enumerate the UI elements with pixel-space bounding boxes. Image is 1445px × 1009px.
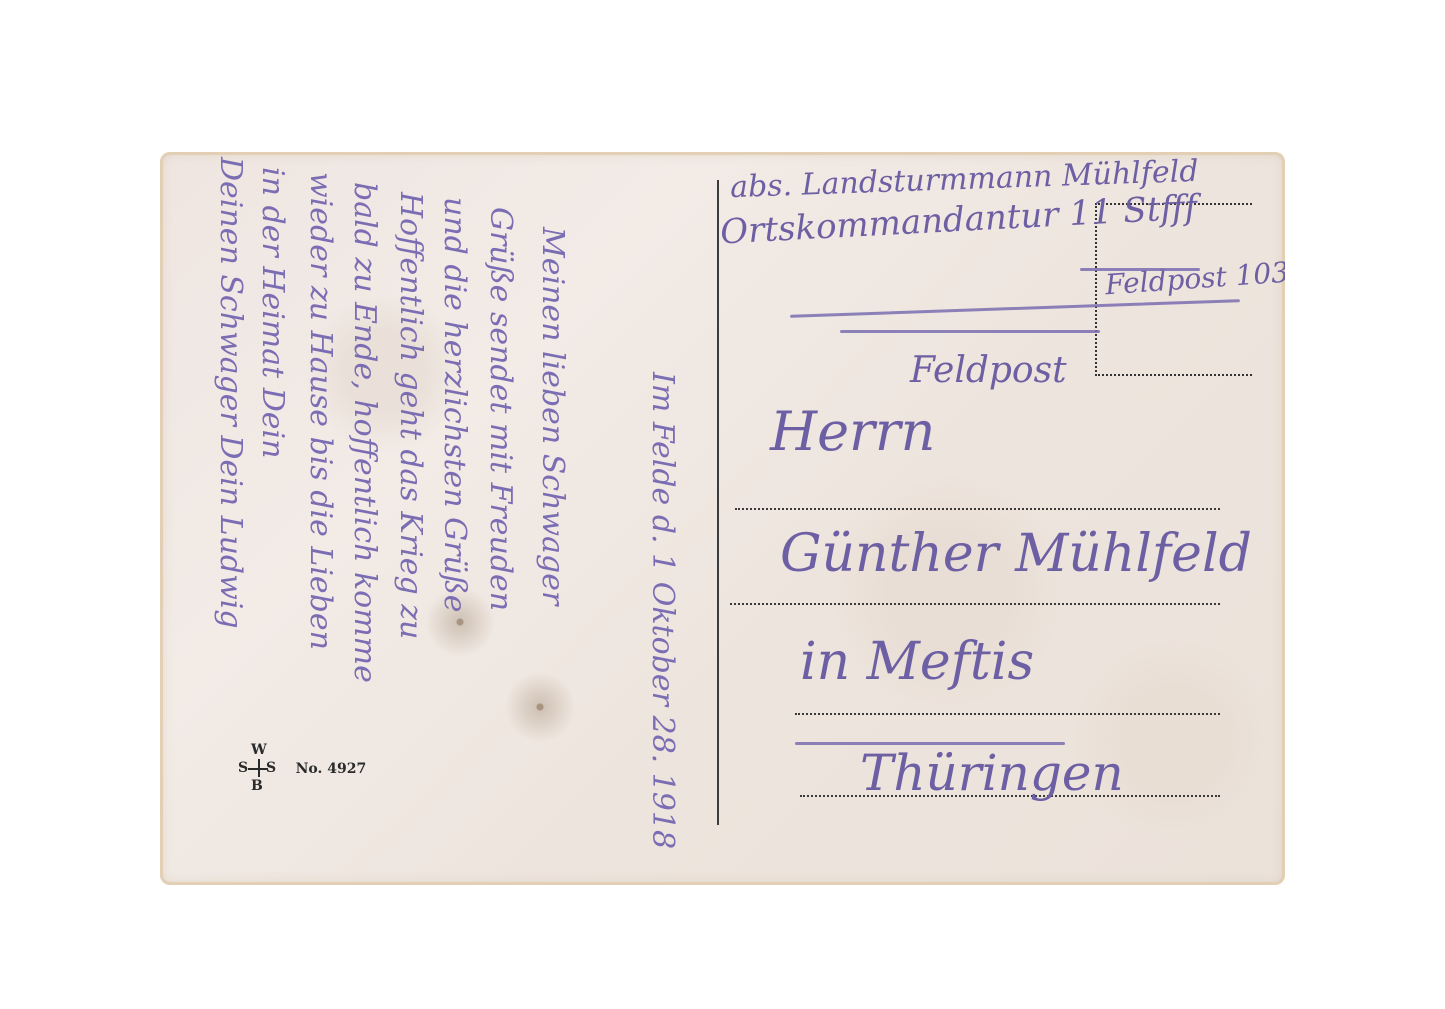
message-line: und die herzlichsten Grüße bbox=[437, 197, 472, 613]
underline-stroke bbox=[840, 330, 1100, 333]
address-line bbox=[795, 713, 1220, 715]
postcard: Deinen Schwager Dein Ludwig in der Heima… bbox=[160, 152, 1285, 885]
message-line: Hoffentlich geht das Krieg zu bbox=[393, 192, 428, 639]
address-name: Günther Mühlfeld bbox=[780, 524, 1252, 584]
publisher-number: No. 4927 bbox=[296, 761, 367, 777]
address-city: in Meftis bbox=[800, 632, 1034, 692]
place-date: Im Felde d. 1 Oktober 28. 1918 bbox=[645, 372, 680, 849]
message-line: Meinen lieben Schwager bbox=[535, 227, 570, 605]
address-region: Thüringen bbox=[860, 744, 1124, 802]
publisher-mark: W S S B No. 4927 bbox=[238, 742, 366, 800]
address-line bbox=[735, 508, 1220, 510]
center-divider bbox=[717, 180, 719, 825]
message-line: Deinen Schwager Dein Ludwig bbox=[213, 157, 248, 629]
message-line: Grüße sendet mit Freuden bbox=[483, 207, 518, 611]
message-line: wieder zu Hause bis die Lieben bbox=[303, 172, 338, 650]
stain-mark bbox=[500, 662, 580, 752]
message-line: bald zu Ende, hoffentlich komme bbox=[347, 182, 382, 683]
address-salutation: Herrn bbox=[770, 400, 935, 463]
message-line: in der Heimat Dein bbox=[255, 167, 290, 458]
address-line bbox=[730, 603, 1220, 605]
publisher-logo-icon: W S S B bbox=[238, 742, 280, 800]
feldpost-label: Feldpost bbox=[910, 350, 1067, 391]
underline-stroke bbox=[1080, 268, 1200, 271]
